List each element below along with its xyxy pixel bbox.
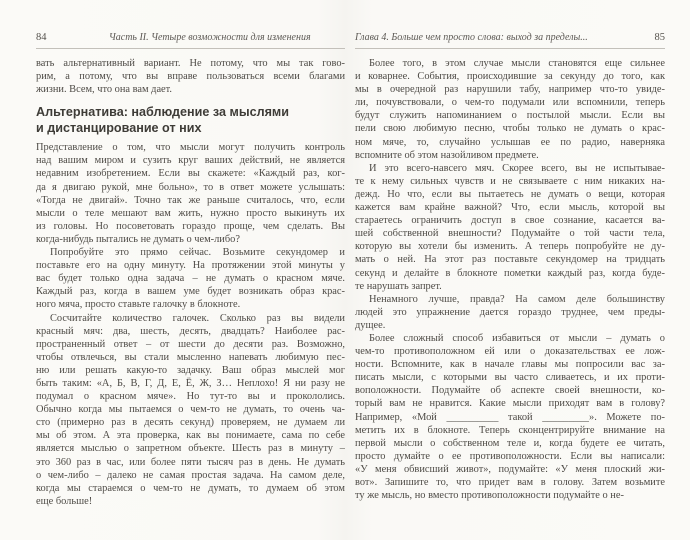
text-line: торый вам не нравится. Какие мысли прихо… xyxy=(355,397,665,410)
text-line: ли, почувствовали, о чем-то подумали или… xyxy=(355,96,665,109)
page-body: вать альтернативный вариант. Не потому, … xyxy=(36,57,345,508)
text-line: да я двигаю рукой, мне больно», то в отв… xyxy=(36,181,345,194)
text-line: вспомните об этом назойливом предмете. xyxy=(355,149,665,162)
text-line: ном мяче, то, случайно услышав ее по рад… xyxy=(355,136,665,149)
text-line: те нарушать запрет. xyxy=(355,280,665,293)
text-line: над вашим миром и сузить круг ваших дейс… xyxy=(36,154,345,167)
text-line: людей это упражнение дается гораздо труд… xyxy=(355,306,665,319)
page-header-left: 84 Часть II. Четыре возможности для изме… xyxy=(36,32,345,49)
text-line: «У меня обвисший живот», подумайте: «У м… xyxy=(355,463,665,476)
heading-line: и дистанцирование от них xyxy=(36,121,345,137)
text-line: И это всего-навсего мяч. Скорее всего, в… xyxy=(355,162,665,175)
page-body: Более того, в этом случае мысли становят… xyxy=(355,57,665,502)
text-line: мысли о теле мешают вам жить, нужно прос… xyxy=(36,207,345,220)
page-right: Глава 4. Больше чем просто слова: выход … xyxy=(355,32,665,502)
text-line: когда-нибудь пытались не думать о чем-ли… xyxy=(36,233,345,246)
heading-line: Альтернатива: наблюдение за мыслями xyxy=(36,105,345,121)
text-line: Сосчитайте количество галочек. Сколько р… xyxy=(36,312,345,325)
book-scan: 84 Часть II. Четыре возможности для изме… xyxy=(0,0,690,540)
text-line: те к нему сильных чувств и не связываете… xyxy=(355,175,665,188)
paragraph: Представление о том, что мысли могут пол… xyxy=(36,141,345,246)
text-line: подумал о красном мяче». Но тут-то вы и … xyxy=(36,390,345,403)
page-left: 84 Часть II. Четыре возможности для изме… xyxy=(36,32,345,508)
text-line: кажется вам крайне важной? Что, если мыс… xyxy=(355,201,665,214)
text-line: Попробуйте это прямо сейчас. Возьмите се… xyxy=(36,246,345,259)
text-line: секунд и делайте в блокноте пометки кажд… xyxy=(355,267,665,280)
text-line: стараетесь ограничить доступ в свое созн… xyxy=(355,214,665,227)
text-line: ту же мысль, но вместо противоположности… xyxy=(355,489,665,502)
text-line: Более того, в этом случае мысли становят… xyxy=(355,57,665,70)
paragraph: Сосчитайте количество галочек. Сколько р… xyxy=(36,312,345,508)
text-line: ню или решать какую-то задачку. Ваш обра… xyxy=(36,364,345,377)
running-head-right: Глава 4. Больше чем просто слова: выход … xyxy=(355,32,643,43)
text-line: которую вы хотели бы изменить. А теперь … xyxy=(355,240,665,253)
text-line: пространенный ответ – от шести до десяти… xyxy=(36,338,345,351)
text-line: просто думайте о ее противоположности. Е… xyxy=(355,450,665,463)
text-line: Например, «Мой __________ такой ________… xyxy=(355,411,665,424)
text-line: чтобы отвлечься, вы стали мысленно напев… xyxy=(36,351,345,364)
text-line: вас будет только одна задача – не думать… xyxy=(36,272,345,285)
section-heading: Альтернатива: наблюдение за мыслямии дис… xyxy=(36,105,345,136)
text-line: вот». Запишите то, что придет вам в голо… xyxy=(355,476,665,489)
paragraph: И это всего-навсего мяч. Скорее всего, в… xyxy=(355,162,665,293)
text-line: мы об этом. А эта проверка, как вы поним… xyxy=(36,429,345,442)
text-line: ного мяча, просто ставьте галочку в блок… xyxy=(36,298,345,311)
paragraph: вать альтернативный вариант. Не потому, … xyxy=(36,57,345,96)
text-line: является мыслью о запретном объекте. Шес… xyxy=(36,442,345,455)
text-line: когда мы стараемся о чем-то не думать, т… xyxy=(36,482,345,495)
page-number-right: 85 xyxy=(655,32,666,43)
text-line: метить их в блокноте. Теперь сконцентрир… xyxy=(355,424,665,437)
text-line: пели свою любимую песню, чтобы только не… xyxy=(355,122,665,135)
running-head-left: Часть II. Четыре возможности для изменен… xyxy=(47,32,346,43)
text-line: жизни. Всем, что она вам дает. xyxy=(36,83,345,96)
text-line: недавним изобретением. Если вы скажете: … xyxy=(36,167,345,180)
text-line: поставьте его на одну минуту. На протяже… xyxy=(36,259,345,272)
text-line: рим, а потому, что вы вправе пользоватьс… xyxy=(36,70,345,83)
text-line: из головы. Но посоветовать гораздо проще… xyxy=(36,220,345,233)
text-line: и коварнее. События, происходившие за се… xyxy=(355,70,665,83)
paragraph: Более того, в этом случае мысли становят… xyxy=(355,57,665,162)
text-line: вать альтернативный вариант. Не потому, … xyxy=(36,57,345,70)
text-line: воположности. Подумайте об аспекте своей… xyxy=(355,384,665,397)
text-line: Ненамного лучше, правда? На самом деле б… xyxy=(355,293,665,306)
text-line: красный мяч: два, шесть, десять, двадцат… xyxy=(36,325,345,338)
page-header-right: Глава 4. Больше чем просто слова: выход … xyxy=(355,32,665,49)
text-line: писать мысли, с которыми вы часто сливае… xyxy=(355,371,665,384)
text-line: быть таким: «А, Б, В, Г, Д, Е, Ё, Ж, З… … xyxy=(36,377,345,390)
paragraph: Ненамного лучше, правда? На самом деле б… xyxy=(355,293,665,332)
paragraph: Попробуйте это прямо сейчас. Возьмите се… xyxy=(36,246,345,311)
text-line: мы в очередной раз нарушили табу, наприм… xyxy=(355,83,665,96)
text-line: о чем-либо – далеко не самая простая зад… xyxy=(36,469,345,482)
text-line: мать о ней. На этот раз поставьте секунд… xyxy=(355,253,665,266)
text-line: дежд. Но что, если вы пытаетесь не думат… xyxy=(355,188,665,201)
text-line: дущее. xyxy=(355,319,665,332)
text-line: первой мысли о собственном теле и, когда… xyxy=(355,437,665,450)
text-line: это 360 раз в час, или более пяти тысяч … xyxy=(36,456,345,469)
text-line: чем-то противоположном ей или о доказате… xyxy=(355,345,665,358)
text-line: сто (примерно раз в десять секунд) прове… xyxy=(36,416,345,429)
text-line: Представление о том, что мысли могут пол… xyxy=(36,141,345,154)
text-line: «Тогда не двигай». Точно так же раньше с… xyxy=(36,194,345,207)
paragraph: Более сложный способ избавиться от мысли… xyxy=(355,332,665,502)
text-line: Обычно когда мы пытаемся о чем-то не дум… xyxy=(36,403,345,416)
text-line: ности. Вспомните, как в начале главы мы … xyxy=(355,358,665,371)
text-line: Каждый раз, когда в вашем уме будет возн… xyxy=(36,285,345,298)
page-number-left: 84 xyxy=(36,32,47,43)
text-line: шей собственной внешности? Подумайте о т… xyxy=(355,227,665,240)
text-line: еще больше! xyxy=(36,495,345,508)
text-line: Более сложный способ избавиться от мысли… xyxy=(355,332,665,345)
text-line: будут служить напоминанием о постылой мы… xyxy=(355,109,665,122)
